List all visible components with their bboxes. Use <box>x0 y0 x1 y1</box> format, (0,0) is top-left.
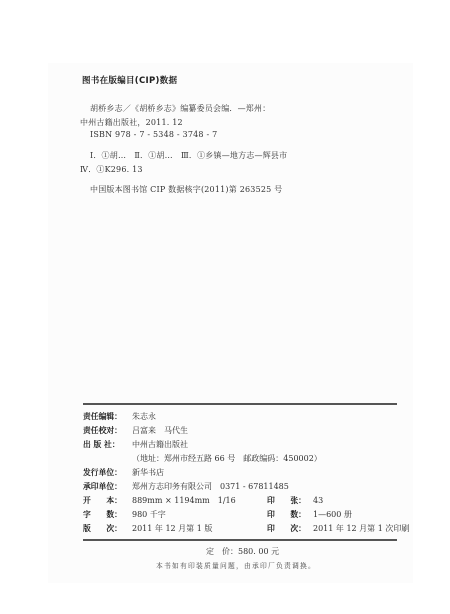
cip-line-subjects: Ⅰ．①胡… Ⅱ．①胡… Ⅲ．①乡镇—地方志—辉县市 <box>90 150 287 161</box>
imprint-row-proofreader: 责任校对：吕富来 马代生 <box>83 425 188 437</box>
printing-value: 2011 年 12 月第 1 次印刷 <box>313 523 409 535</box>
imprint-row-publisher: 出 版 社：中州古籍出版社 <box>83 439 188 451</box>
cip-line-classification: Ⅳ．①K296. 13 <box>80 164 143 175</box>
cip-line-verification-number: 中国版本图书馆 CIP 数据核字(2011)第 263525 号 <box>90 184 282 195</box>
editor-label: 责任编辑： <box>83 411 132 423</box>
imprint-row-edition: 版 次：2011 年 12 月第 1 版 印 次：2011 年 12 月第 1 … <box>83 523 397 535</box>
edition-label: 版 次： <box>83 523 132 535</box>
imprint-row-address: （地址：郑州市经五路 66 号 邮政编码：450002） <box>83 453 322 465</box>
cip-title: 图书在版编目(CIP)数据 <box>82 74 177 86</box>
printer-value: 郑州方志印务有限公司 0371 - 67811485 <box>132 481 289 493</box>
imprint-row-printer: 承印单位：郑州方志印务有限公司 0371 - 67811485 <box>83 481 289 493</box>
cip-line-publisher: 中州古籍出版社，2011. 12 <box>80 117 183 128</box>
imprint-row-wordcount: 字 数：980 千字 印 数：1—600 册 <box>83 509 397 521</box>
printer-label: 承印单位： <box>83 481 132 493</box>
imprint-row-format: 开 本：889mm × 1194mm 1/16 印 张：43 <box>83 495 397 507</box>
wordcount-label: 字 数： <box>83 509 132 521</box>
imprint-row-editor: 责任编辑：朱志永 <box>83 411 156 423</box>
editor-value: 朱志永 <box>132 411 156 423</box>
distributor-label: 发行单位： <box>83 467 132 479</box>
proofreader-label: 责任校对： <box>83 425 132 437</box>
imprint-row-distributor: 发行单位：新华书店 <box>83 467 164 479</box>
wordcount-value: 980 千字 <box>132 509 166 521</box>
cip-line-title-responsibility: 胡桥乡志／《胡桥乡志》编纂委员会编．—郑州： <box>90 103 270 114</box>
format-label: 开 本： <box>83 495 132 507</box>
publisher-value: 中州古籍出版社 <box>132 439 188 451</box>
printing-label: 印 次： <box>267 523 313 535</box>
price: 定 价：580. 00 元 <box>206 546 279 557</box>
cip-line-isbn: ISBN 978 - 7 - 5348 - 3748 - 7 <box>90 130 217 139</box>
edition-value: 2011 年 12 月第 1 版 <box>132 523 212 535</box>
bottom-divider <box>83 539 397 541</box>
sheets-value: 43 <box>313 495 323 507</box>
print-run-label: 印 数： <box>267 509 313 521</box>
proofreader-value: 吕富来 马代生 <box>132 425 188 437</box>
distributor-value: 新华书店 <box>132 467 164 479</box>
format-value: 889mm × 1194mm 1/16 <box>132 495 236 507</box>
top-divider <box>83 403 397 405</box>
quality-notice: 本书如有印装质量问题，由承印厂负责调换。 <box>156 560 316 570</box>
address-value: （地址：郑州市经五路 66 号 邮政编码：450002） <box>132 453 322 465</box>
print-run-value: 1—600 册 <box>313 509 352 521</box>
publisher-label: 出 版 社： <box>83 439 132 451</box>
sheets-label: 印 张： <box>267 495 313 507</box>
